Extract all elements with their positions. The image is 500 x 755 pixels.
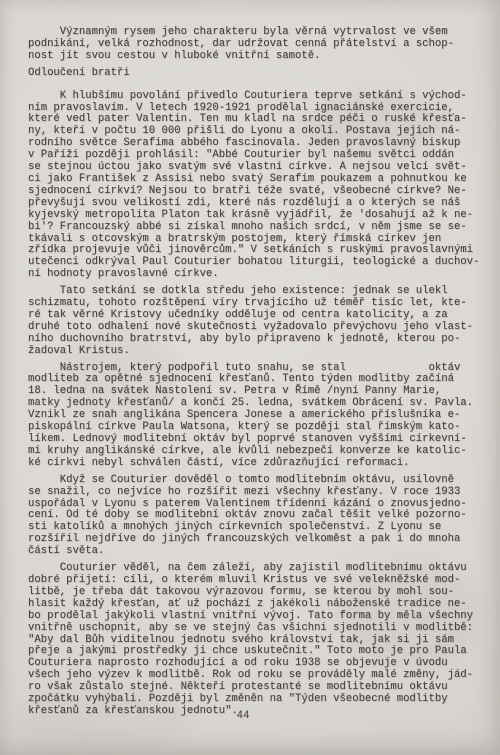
intro-paragraph: Významným rysem jeho charakteru byla věr…: [28, 27, 484, 63]
document-text-block: Významným rysem jeho charakteru byla věr…: [28, 27, 484, 723]
document-paragraph-3: Nástrojem, který podpořil tuto snahu, se…: [28, 363, 484, 470]
section-heading: Odloučení bratři: [28, 68, 484, 80]
document-paragraph-4: Když se Couturier dověděl o tomto modlit…: [28, 475, 484, 558]
document-paragraph-5: Couturier věděl, na čem záleží, aby zaji…: [28, 563, 484, 718]
scanned-document-page: Významným rysem jeho charakteru byla věr…: [0, 0, 500, 755]
document-paragraph-1: K hlubšímu povolání přivedlo Couturiera …: [28, 91, 484, 282]
document-paragraph-2: Tato setkání se dotkla středu jeho exist…: [28, 286, 484, 357]
page-number: 44: [0, 710, 486, 722]
